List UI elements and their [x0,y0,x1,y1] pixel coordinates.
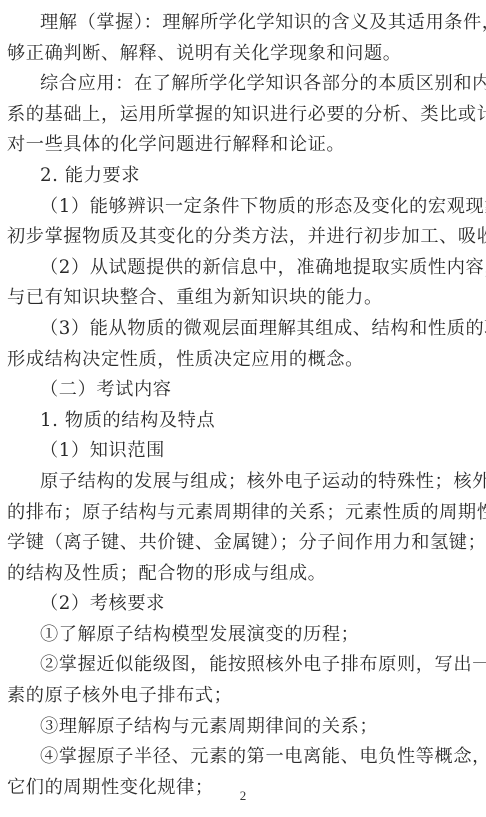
paragraph-line: （1）能够辨识一定条件下物质的形态及变化的宏观现象， [7,192,479,223]
paragraph-line: 形成结构决定性质，性质决定应用的概念。 [7,345,479,376]
paragraph-line: 的排布；原子结构与元素周期律的关系；元素性质的周期性；化 [7,498,479,529]
section-heading: 2. 能力要求 [7,161,479,192]
paragraph-line: 系的基础上，运用所掌握的知识进行必要的分析、类比或计算， [7,100,479,131]
paragraph-line: 原子结构的发展与组成；核外电子运动的特殊性；核外电子 [7,467,479,498]
paragraph-line: 学键（离子键、共价键、金属键）；分子间作用力和氢键；晶体 [7,528,479,559]
paragraph-line: 的结构及性质；配合物的形成与组成。 [7,559,479,590]
paragraph-line: （2）从试题提供的新信息中，准确地提取实质性内容，并 [7,253,479,284]
paragraph-line: 综合应用：在了解所学化学知识各部分的本质区别和内在联 [7,69,479,100]
list-item: ④掌握原子半径、元素的第一电离能、电负性等概念，掌握 [7,742,479,773]
list-item: ②掌握近似能级图，能按照核外电子排布原则，写出一般元 [7,650,479,681]
subsection-heading: （2）考核要求 [7,589,479,620]
paragraph-line: 对一些具体的化学问题进行解释和论证。 [7,130,479,161]
list-item: ③理解原子结构与元素周期律间的关系； [7,712,479,743]
page-number: 2 [0,788,486,804]
paragraph-line: 够正确判断、解释、说明有关化学现象和问题。 [7,39,479,70]
list-item: ①了解原子结构模型发展演变的历程； [7,620,479,651]
list-item-continuation: 素的原子核外电子排布式； [7,681,479,712]
paragraph-line: 理解（掌握）：理解所学化学知识的含义及其适用条件，能 [7,8,479,39]
paragraph-line: 与已有知识块整合、重组为新知识块的能力。 [7,283,479,314]
document-body: 理解（掌握）：理解所学化学知识的含义及其适用条件，能 够正确判断、解释、说明有关… [7,8,479,803]
subsection-heading: （1）知识范围 [7,436,479,467]
paragraph-line: （3）能从物质的微观层面理解其组成、结构和性质的联系， [7,314,479,345]
paragraph-line: 初步掌握物质及其变化的分类方法，并进行初步加工、吸收。 [7,222,479,253]
section-heading: 1. 物质的结构及特点 [7,406,479,437]
section-heading: （二）考试内容 [7,375,479,406]
